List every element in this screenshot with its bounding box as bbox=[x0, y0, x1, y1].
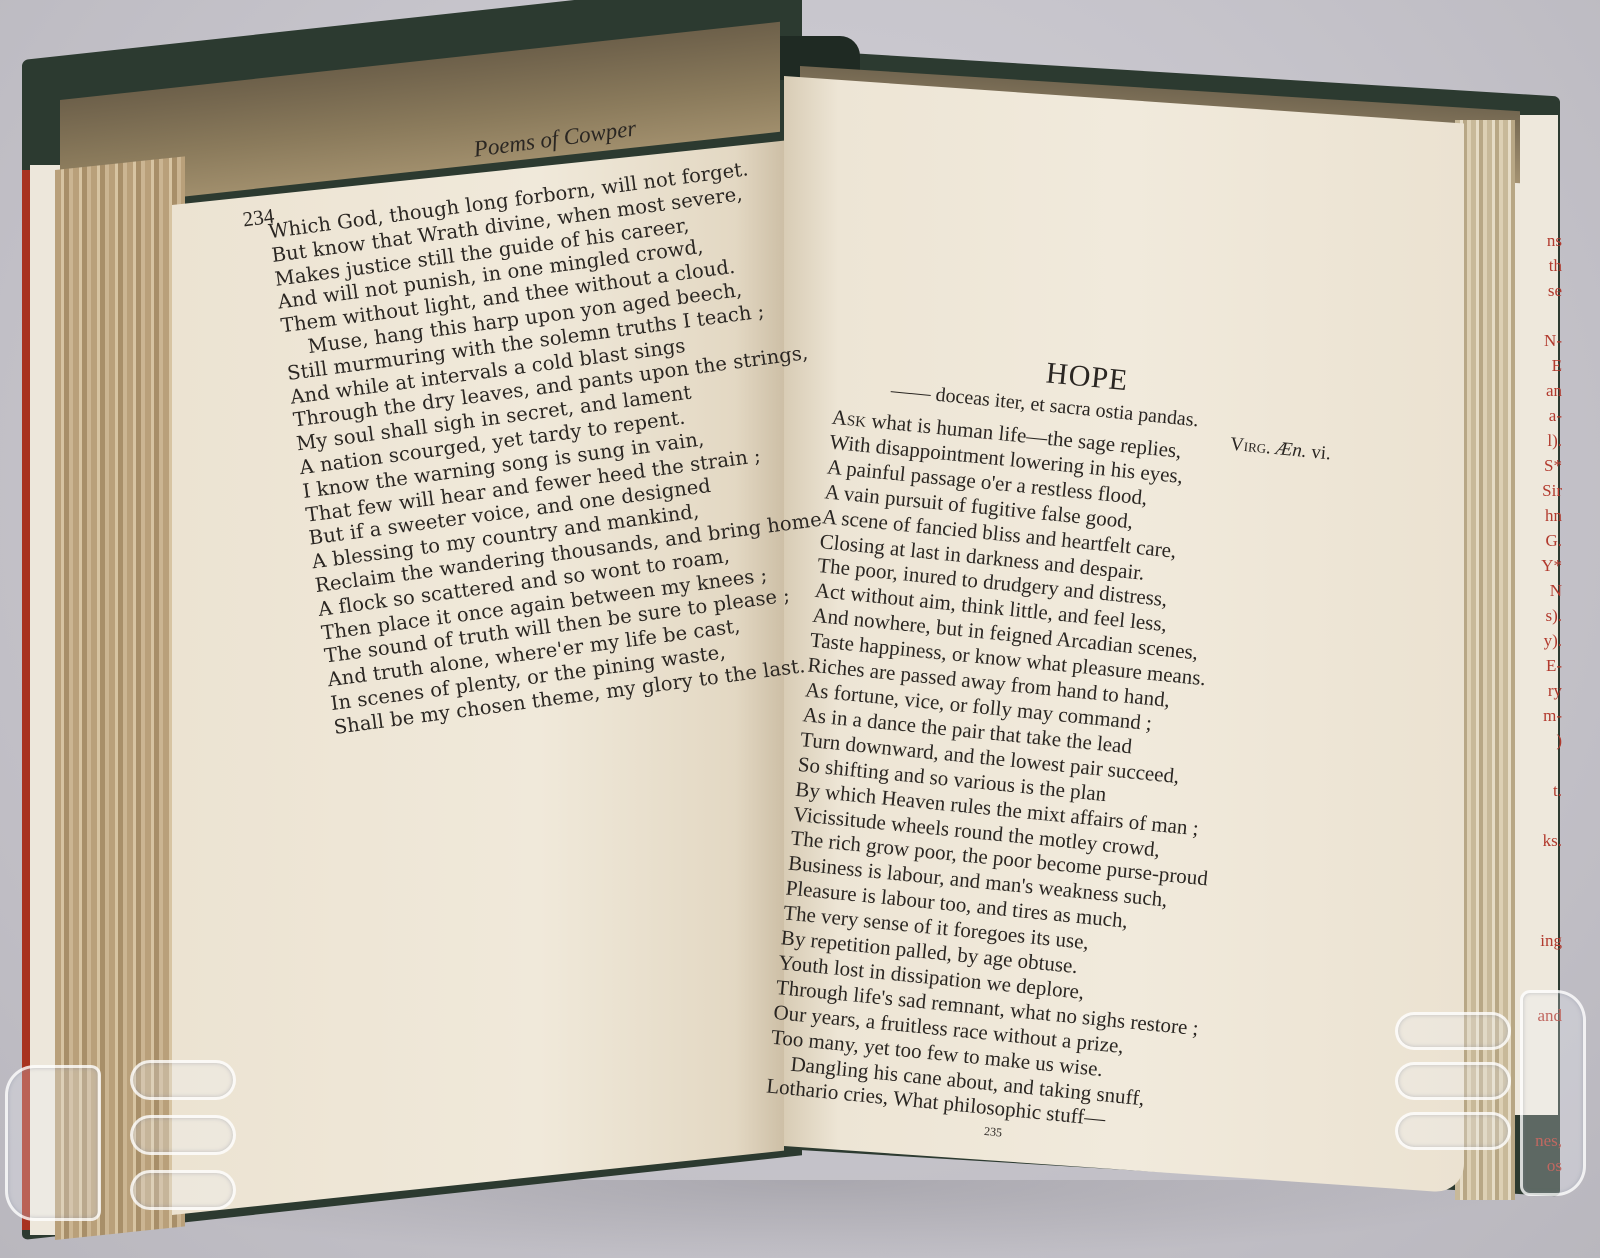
epigraph-author: Virg. bbox=[1229, 434, 1272, 459]
page-holder-finger bbox=[1395, 1012, 1511, 1050]
adjacent-text-fragment bbox=[1518, 303, 1562, 328]
page-holder-finger bbox=[130, 1060, 236, 1100]
adjacent-text-fragment bbox=[1518, 953, 1562, 978]
poem-lines-left: Which God, though long forborn, will not… bbox=[267, 150, 867, 739]
adjacent-text-fragment: se bbox=[1518, 278, 1562, 303]
epigraph-book: vi. bbox=[1310, 442, 1331, 465]
adjacent-text-fragment: a- bbox=[1518, 403, 1562, 428]
adjacent-text-fragment: hn bbox=[1518, 503, 1562, 528]
adjacent-text-fragment: Sir bbox=[1518, 478, 1562, 503]
adjacent-text-fragment bbox=[1518, 853, 1562, 878]
page-number-left: 234 bbox=[241, 204, 275, 233]
poem-lines-right: Ask what is human life—the sage replies,… bbox=[765, 405, 1351, 1150]
page-holder-clip-right bbox=[1520, 990, 1586, 1196]
adjacent-text-fragment: m- bbox=[1518, 703, 1562, 728]
adjacent-text-fragment: ry bbox=[1518, 678, 1562, 703]
adjacent-text-fragment bbox=[1518, 753, 1562, 778]
adjacent-text-fragment: t. bbox=[1518, 778, 1562, 803]
adjacent-text-fragment: ks. bbox=[1518, 828, 1562, 853]
adjacent-text-fragment: S* bbox=[1518, 453, 1562, 478]
adjacent-text-fragment bbox=[1518, 903, 1562, 928]
adjacent-text-fragment: th bbox=[1518, 253, 1562, 278]
page-holder-finger bbox=[130, 1115, 236, 1155]
adjacent-text-fragment bbox=[1518, 803, 1562, 828]
adjacent-text-fragment: ns bbox=[1518, 228, 1562, 253]
adjacent-text-fragment: s). bbox=[1518, 603, 1562, 628]
first-word: Ask bbox=[831, 405, 868, 432]
right-page-text: HOPE —— doceas iter, et sacra ostia pand… bbox=[763, 336, 1357, 1168]
adjacent-text-fragment bbox=[1518, 878, 1562, 903]
adjacent-text-fragment: an bbox=[1518, 378, 1562, 403]
page-holder-clip-left bbox=[5, 1065, 101, 1221]
adjacent-text-fragment: l). bbox=[1518, 428, 1562, 453]
left-page-text: Poems of Cowper 234 Which God, though lo… bbox=[236, 95, 867, 743]
page-holder-finger bbox=[1395, 1112, 1511, 1150]
adjacent-text-fragment: Y* bbox=[1518, 553, 1562, 578]
adjacent-text-fragment: N- bbox=[1518, 328, 1562, 353]
adjacent-text-fragment: y). bbox=[1518, 628, 1562, 653]
adjacent-text-fragment: E- bbox=[1518, 653, 1562, 678]
adjacent-text-fragment: G. bbox=[1518, 528, 1562, 553]
page-holder-finger bbox=[130, 1170, 236, 1210]
photo-scene: nsthseN-Eana-l).S*SirhnG.Y*Ns).y).E-rym-… bbox=[0, 0, 1600, 1258]
epigraph-work: Æn. bbox=[1275, 438, 1308, 462]
adjacent-text-fragment: E bbox=[1518, 353, 1562, 378]
adjacent-text-fragment: ) bbox=[1518, 728, 1562, 753]
adjacent-text-fragment: N bbox=[1518, 578, 1562, 603]
adjacent-text-fragment: ing bbox=[1518, 928, 1562, 953]
page-holder-finger bbox=[1395, 1062, 1511, 1100]
